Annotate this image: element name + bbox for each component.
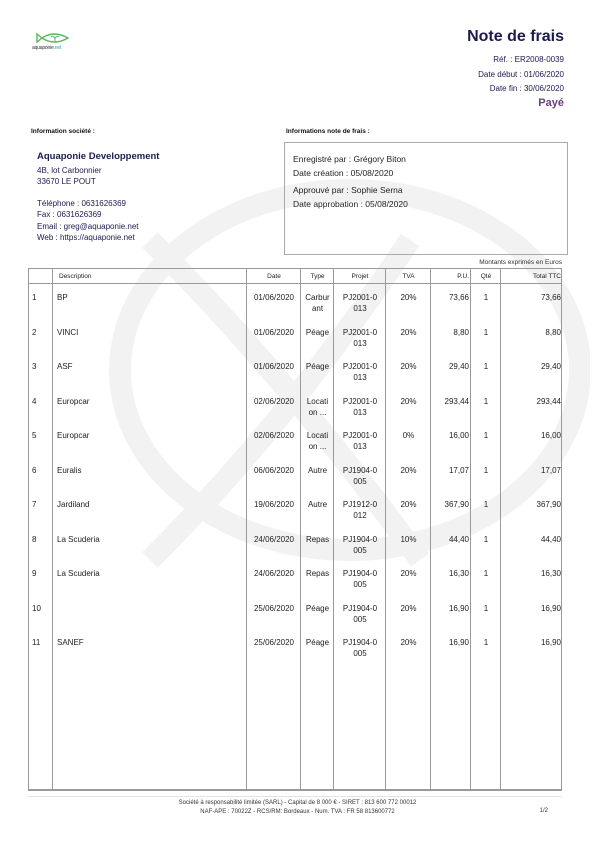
company-logo — [34, 31, 78, 55]
row-quantity: 1 — [471, 603, 501, 614]
row-type: Autre — [301, 499, 334, 510]
row-tva: 10% — [386, 534, 431, 545]
row-unit-price: 16,30 — [431, 568, 469, 579]
row-tva: 20% — [386, 361, 431, 372]
row-date: 01/06/2020 — [247, 327, 301, 338]
row-unit-price: 16,90 — [431, 603, 469, 614]
row-project: PJ2001-0013 — [334, 430, 386, 452]
row-number: 11 — [32, 637, 52, 648]
row-date: 24/06/2020 — [247, 568, 301, 579]
row-description: Euralis — [57, 465, 247, 476]
row-project: PJ1904-0005 — [334, 465, 386, 487]
company-info: Aquaponie Developpement 4B, lot Carbonni… — [37, 151, 159, 244]
row-total: 73,66 — [501, 292, 561, 303]
row-number: 3 — [32, 361, 52, 372]
row-total: 44,40 — [501, 534, 561, 545]
row-date: 02/06/2020 — [247, 430, 301, 441]
row-project: PJ2001-0013 — [334, 292, 386, 314]
row-quantity: 1 — [471, 327, 501, 338]
row-number: 5 — [32, 430, 52, 441]
company-email: Email : greg@aquaponie.net — [37, 221, 159, 233]
row-description: BP — [57, 292, 247, 303]
row-date: 24/06/2020 — [247, 534, 301, 545]
company-address-line2: 33670 LE POUT — [37, 176, 159, 188]
footer-line1: Société à responsabilité limitée (SARL) … — [0, 799, 595, 808]
row-total: 16,90 — [501, 603, 561, 614]
reference-block: Réf. : ER2008-0039 Date début : 01/06/20… — [478, 53, 564, 97]
row-unit-price: 29,40 — [431, 361, 469, 372]
status-badge: Payé — [538, 97, 564, 109]
row-date: 01/06/2020 — [247, 361, 301, 372]
row-number: 9 — [32, 568, 52, 579]
row-tva: 20% — [386, 396, 431, 407]
row-unit-price: 16,00 — [431, 430, 469, 441]
row-number: 10 — [32, 603, 52, 614]
col-header-unit-price: P.U. — [431, 273, 469, 280]
row-total: 16,90 — [501, 637, 561, 648]
company-web: Web : https://aquaponie.net — [37, 232, 159, 244]
row-type: Péage — [301, 637, 334, 648]
currency-note: Montants exprimés en Euros — [479, 259, 562, 266]
row-quantity: 1 — [471, 292, 501, 303]
row-description: Europcar — [57, 396, 247, 407]
registered-by: Enregistré par : Grégory Biton — [293, 152, 559, 166]
row-quantity: 1 — [471, 465, 501, 476]
footer-line2: NAF-APE : 70022Z - RCS/RM: Bordeaux - Nu… — [0, 808, 595, 817]
row-quantity: 1 — [471, 499, 501, 510]
row-type: Carburant — [301, 292, 334, 314]
row-description: La Scuderia — [57, 568, 247, 579]
table-row: 6Euralis06/06/2020AutrePJ1904-000520%17,… — [29, 461, 561, 495]
date-end: Date fin : 30/06/2020 — [478, 82, 564, 97]
row-project: PJ1904-0005 — [334, 534, 386, 556]
row-project: PJ2001-0013 — [334, 327, 386, 349]
document-title: Note de frais — [467, 28, 564, 46]
row-unit-price: 16,90 — [431, 637, 469, 648]
row-quantity: 1 — [471, 568, 501, 579]
table-header: Description Date Type Projet TVA P.U. Qt… — [29, 269, 561, 284]
row-quantity: 1 — [471, 396, 501, 407]
logo-wordmark: aquaponie.net — [32, 45, 61, 51]
page-number: 1/2 — [540, 808, 548, 814]
approved-by: Approuvé par : Sophie Serna — [293, 183, 559, 197]
row-description: VINCI — [57, 327, 247, 338]
row-tva: 0% — [386, 430, 431, 441]
note-section-label: Informations note de frais : — [286, 128, 370, 135]
company-fax: Fax : 0631626369 — [37, 209, 159, 221]
col-header-project: Projet — [334, 273, 386, 280]
legal-footer: Société à responsabilité limitée (SARL) … — [0, 799, 595, 816]
row-number: 7 — [32, 499, 52, 510]
row-date: 02/06/2020 — [247, 396, 301, 407]
row-unit-price: 8,80 — [431, 327, 469, 338]
row-project: PJ2001-0013 — [334, 396, 386, 418]
row-number: 2 — [32, 327, 52, 338]
table-row: 2VINCI01/06/2020PéagePJ2001-001320%8,801… — [29, 323, 561, 357]
expense-lines-table: Description Date Type Projet TVA P.U. Qt… — [28, 268, 562, 791]
row-tva: 20% — [386, 465, 431, 476]
row-date: 25/06/2020 — [247, 603, 301, 614]
row-total: 16,30 — [501, 568, 561, 579]
row-number: 6 — [32, 465, 52, 476]
col-header-date: Date — [247, 273, 301, 280]
row-description: La Scuderia — [57, 534, 247, 545]
row-number: 1 — [32, 292, 52, 303]
row-type: Location ... — [301, 396, 334, 418]
note-info-box: Enregistré par : Grégory Biton Date créa… — [284, 142, 568, 255]
table-row: 1025/06/2020PéagePJ1904-000520%16,90116,… — [29, 599, 561, 633]
row-tva: 20% — [386, 568, 431, 579]
col-header-quantity: Qté — [471, 273, 501, 280]
row-type: Repas — [301, 568, 334, 579]
row-date: 19/06/2020 — [247, 499, 301, 510]
row-tva: 20% — [386, 603, 431, 614]
row-number: 4 — [32, 396, 52, 407]
row-project: PJ2001-0013 — [334, 361, 386, 383]
row-unit-price: 293,44 — [431, 396, 469, 407]
approval-date: Date approbation : 05/08/2020 — [293, 197, 559, 211]
row-total: 367,90 — [501, 499, 561, 510]
table-row: 1BP01/06/2020CarburantPJ2001-001320%73,6… — [29, 288, 561, 322]
row-description: Jardiland — [57, 499, 247, 510]
row-type: Péage — [301, 603, 334, 614]
table-row: 11SANEF25/06/2020PéagePJ1904-000520%16,9… — [29, 633, 561, 667]
row-quantity: 1 — [471, 361, 501, 372]
row-unit-price: 17,07 — [431, 465, 469, 476]
row-type: Autre — [301, 465, 334, 476]
row-total: 293,44 — [501, 396, 561, 407]
col-header-total: Total TTC — [501, 273, 561, 280]
company-name: Aquaponie Developpement — [37, 151, 159, 163]
row-tva: 20% — [386, 327, 431, 338]
row-total: 17,07 — [501, 465, 561, 476]
table-row: 9La Scuderia24/06/2020RepasPJ1904-000520… — [29, 564, 561, 598]
creation-date: Date création : 05/08/2020 — [293, 166, 559, 180]
table-row: 5Europcar02/06/2020Location ...PJ2001-00… — [29, 426, 561, 460]
row-project: PJ1912-0012 — [334, 499, 386, 521]
row-total: 8,80 — [501, 327, 561, 338]
table-row: 3ASF01/06/2020PéagePJ2001-001320%29,4012… — [29, 357, 561, 391]
row-date: 25/06/2020 — [247, 637, 301, 648]
company-address-line1: 4B, lot Carbonnier — [37, 165, 159, 177]
row-description: SANEF — [57, 637, 247, 648]
row-unit-price: 73,66 — [431, 292, 469, 303]
col-header-type: Type — [301, 273, 334, 280]
row-tva: 20% — [386, 292, 431, 303]
row-project: PJ1904-0005 — [334, 637, 386, 659]
company-section-label: Information société : — [31, 128, 95, 135]
row-type: Péage — [301, 361, 334, 372]
company-phone: Téléphone : 0631626369 — [37, 198, 159, 210]
row-description: Europcar — [57, 430, 247, 441]
row-type: Repas — [301, 534, 334, 545]
row-total: 16,00 — [501, 430, 561, 441]
row-date: 01/06/2020 — [247, 292, 301, 303]
row-unit-price: 44,40 — [431, 534, 469, 545]
row-quantity: 1 — [471, 534, 501, 545]
row-type: Péage — [301, 327, 334, 338]
row-project: PJ1904-0005 — [334, 603, 386, 625]
col-header-tva: TVA — [386, 273, 431, 280]
row-description: ASF — [57, 361, 247, 372]
row-tva: 20% — [386, 499, 431, 510]
table-row: 7Jardiland19/06/2020AutrePJ1912-001220%3… — [29, 495, 561, 529]
row-tva: 20% — [386, 637, 431, 648]
row-quantity: 1 — [471, 430, 501, 441]
table-row: 4Europcar02/06/2020Location ...PJ2001-00… — [29, 392, 561, 426]
footer-divider — [28, 796, 562, 797]
date-start: Date début : 01/06/2020 — [478, 68, 564, 83]
col-header-description: Description — [57, 273, 247, 280]
reference-number: Réf. : ER2008-0039 — [478, 53, 564, 68]
row-date: 06/06/2020 — [247, 465, 301, 476]
table-row: 8La Scuderia24/06/2020RepasPJ1904-000510… — [29, 530, 561, 564]
row-unit-price: 367,90 — [431, 499, 469, 510]
row-total: 29,40 — [501, 361, 561, 372]
row-quantity: 1 — [471, 637, 501, 648]
fish-sprout-logo-icon — [34, 31, 78, 45]
row-type: Location ... — [301, 430, 334, 452]
row-project: PJ1904-0005 — [334, 568, 386, 590]
row-number: 8 — [32, 534, 52, 545]
